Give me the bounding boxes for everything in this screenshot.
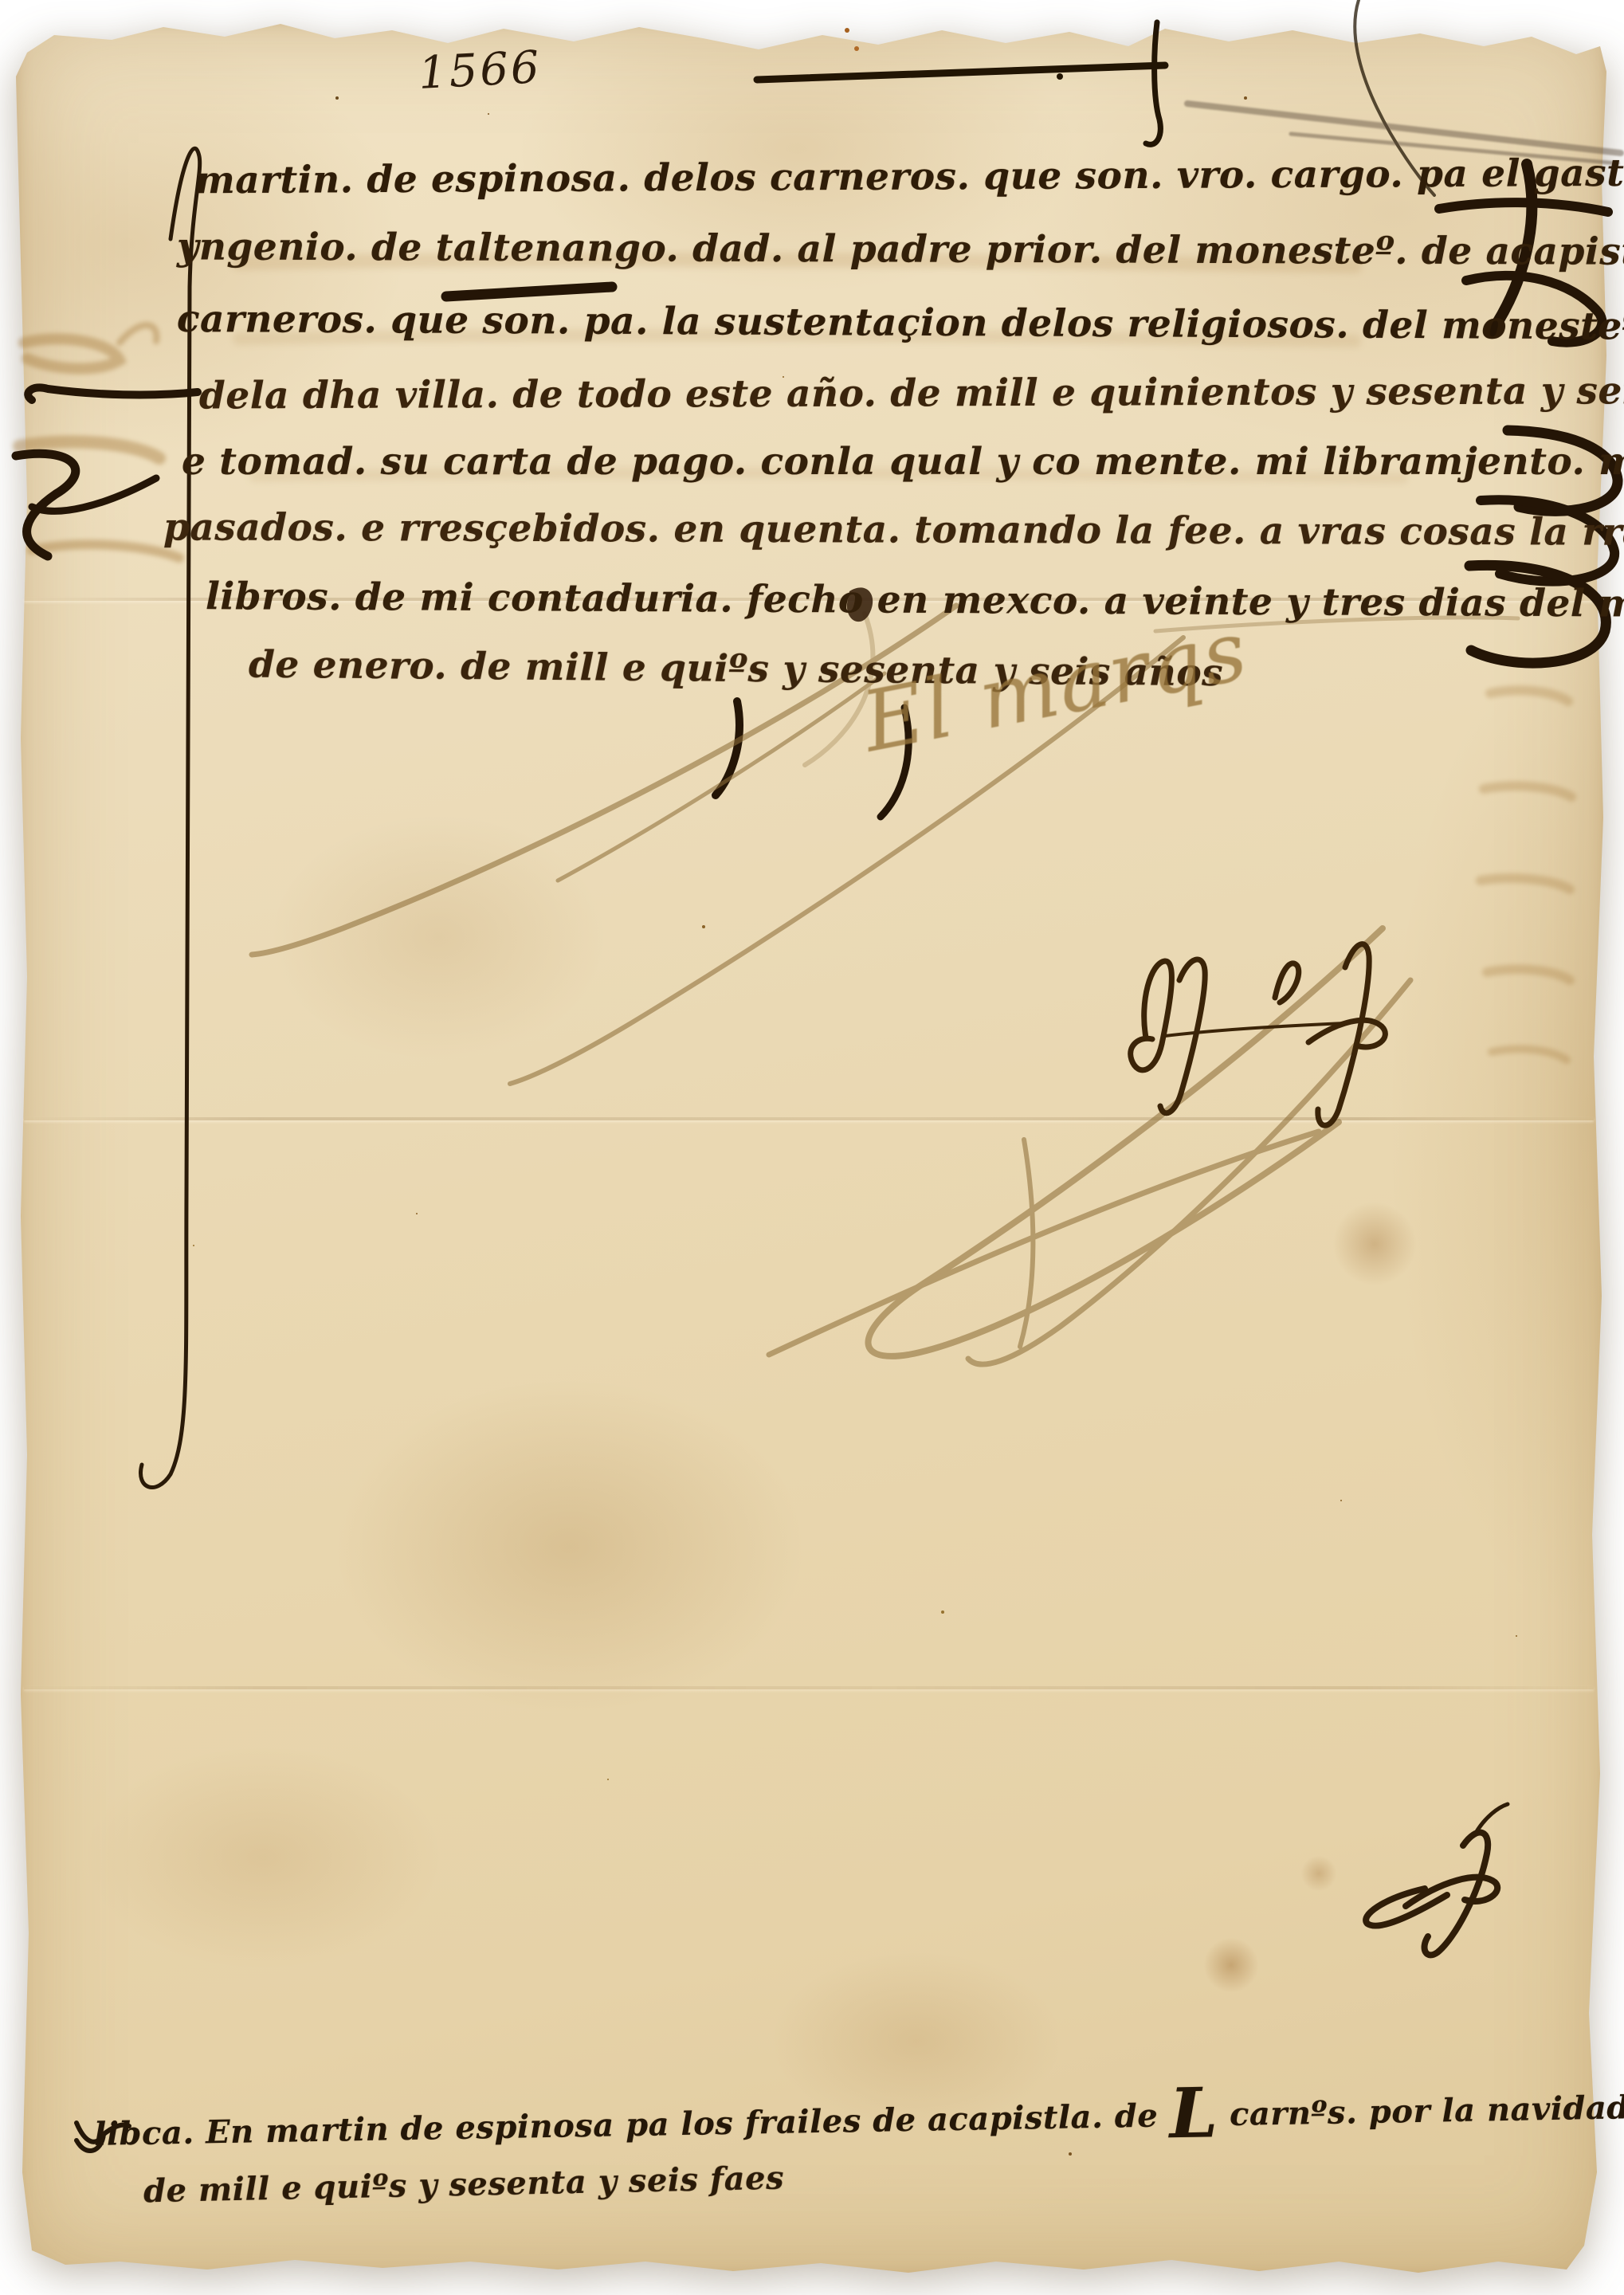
- year-annotation: 1566: [417, 41, 543, 100]
- manuscript-line: libros. de mi contaduria. fecho en mexco…: [206, 578, 1624, 623]
- margin-bracket-line: [141, 148, 200, 1487]
- manuscript-line: yngenio. de taltenango. dad. al padre pr…: [177, 228, 1624, 271]
- manuscript-line: e tomad. su carta de pago. conla qual y …: [182, 443, 1624, 481]
- paraph-bottom-right-icon: [1366, 1804, 1508, 1955]
- manuscript-line: martin. de espinosa. delos carneros. que…: [195, 154, 1624, 200]
- manuscript-line: carneros. que son. pa. la sustentaçion d…: [177, 300, 1624, 346]
- manuscript-line: dela dha villa. de todo este año. de mil…: [199, 371, 1624, 414]
- manuscript-line: pasados. e rresçebidos. en quenta. toman…: [163, 508, 1624, 551]
- manuscript-page: 1566 martin. de espinosa. delos carneros…: [0, 0, 1624, 2295]
- docket-big-letter: L: [1169, 2073, 1219, 2154]
- bleedthrough-marks-right: [1481, 690, 1571, 1060]
- bleedthrough-marks-left: [19, 325, 179, 558]
